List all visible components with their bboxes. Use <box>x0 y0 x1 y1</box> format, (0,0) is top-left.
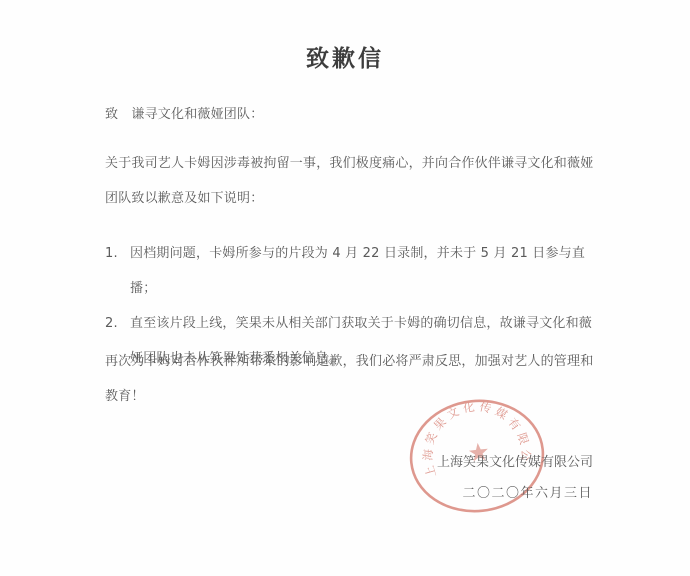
letter-title: 致歉信 <box>0 40 690 73</box>
greeting-line: 致 谦寻文化和薇娅团队： <box>105 97 599 132</box>
list-item: 1. 因档期问题，卡姆所参与的片段为 4 月 22 日录制，并未于 5 月 21… <box>105 236 599 306</box>
list-item-text: 因档期问题，卡姆所参与的片段为 4 月 22 日录制，并未于 5 月 21 日参… <box>130 236 599 306</box>
signature-block: 上海笑果文化传媒有限公司 二〇二〇年六月三日 <box>437 447 593 509</box>
list-item-number: 1. <box>105 236 130 306</box>
apology-letter-page: 致歉信 致 谦寻文化和薇娅团队： 关于我司艺人卡姆因涉毒被拘留一事，我们极度痛心… <box>0 0 690 576</box>
company-name: 上海笑果文化传媒有限公司 <box>437 447 593 478</box>
letter-date: 二〇二〇年六月三日 <box>437 478 593 509</box>
intro-paragraph: 关于我司艺人卡姆因涉毒被拘留一事，我们极度痛心，并向合作伙伴谦寻文化和薇娅团队致… <box>105 146 599 216</box>
